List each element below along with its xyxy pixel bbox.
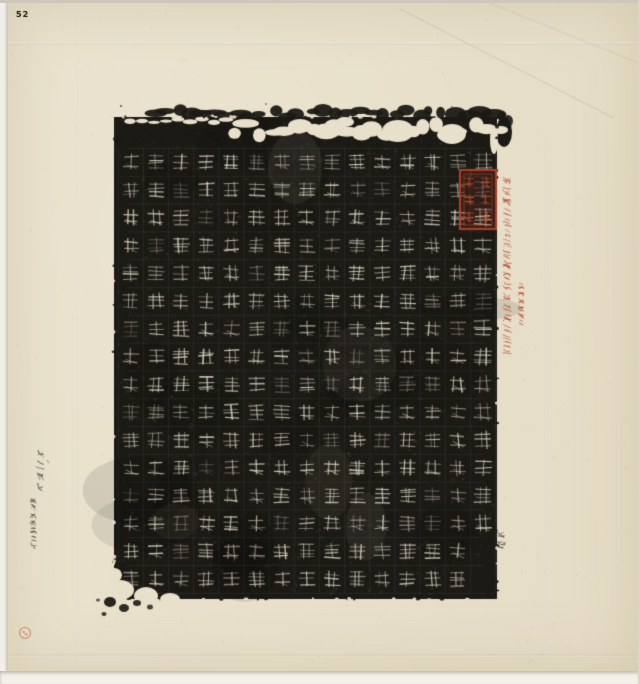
- rubbing-canvas: [0, 0, 640, 684]
- scan-page: 52 大唐故興聖寺主尼法澄塔銘并序 景龍四年四月初十日蘇齋改裝長子曉號 蘭北大倉…: [0, 0, 640, 684]
- page-number: 52: [16, 10, 29, 19]
